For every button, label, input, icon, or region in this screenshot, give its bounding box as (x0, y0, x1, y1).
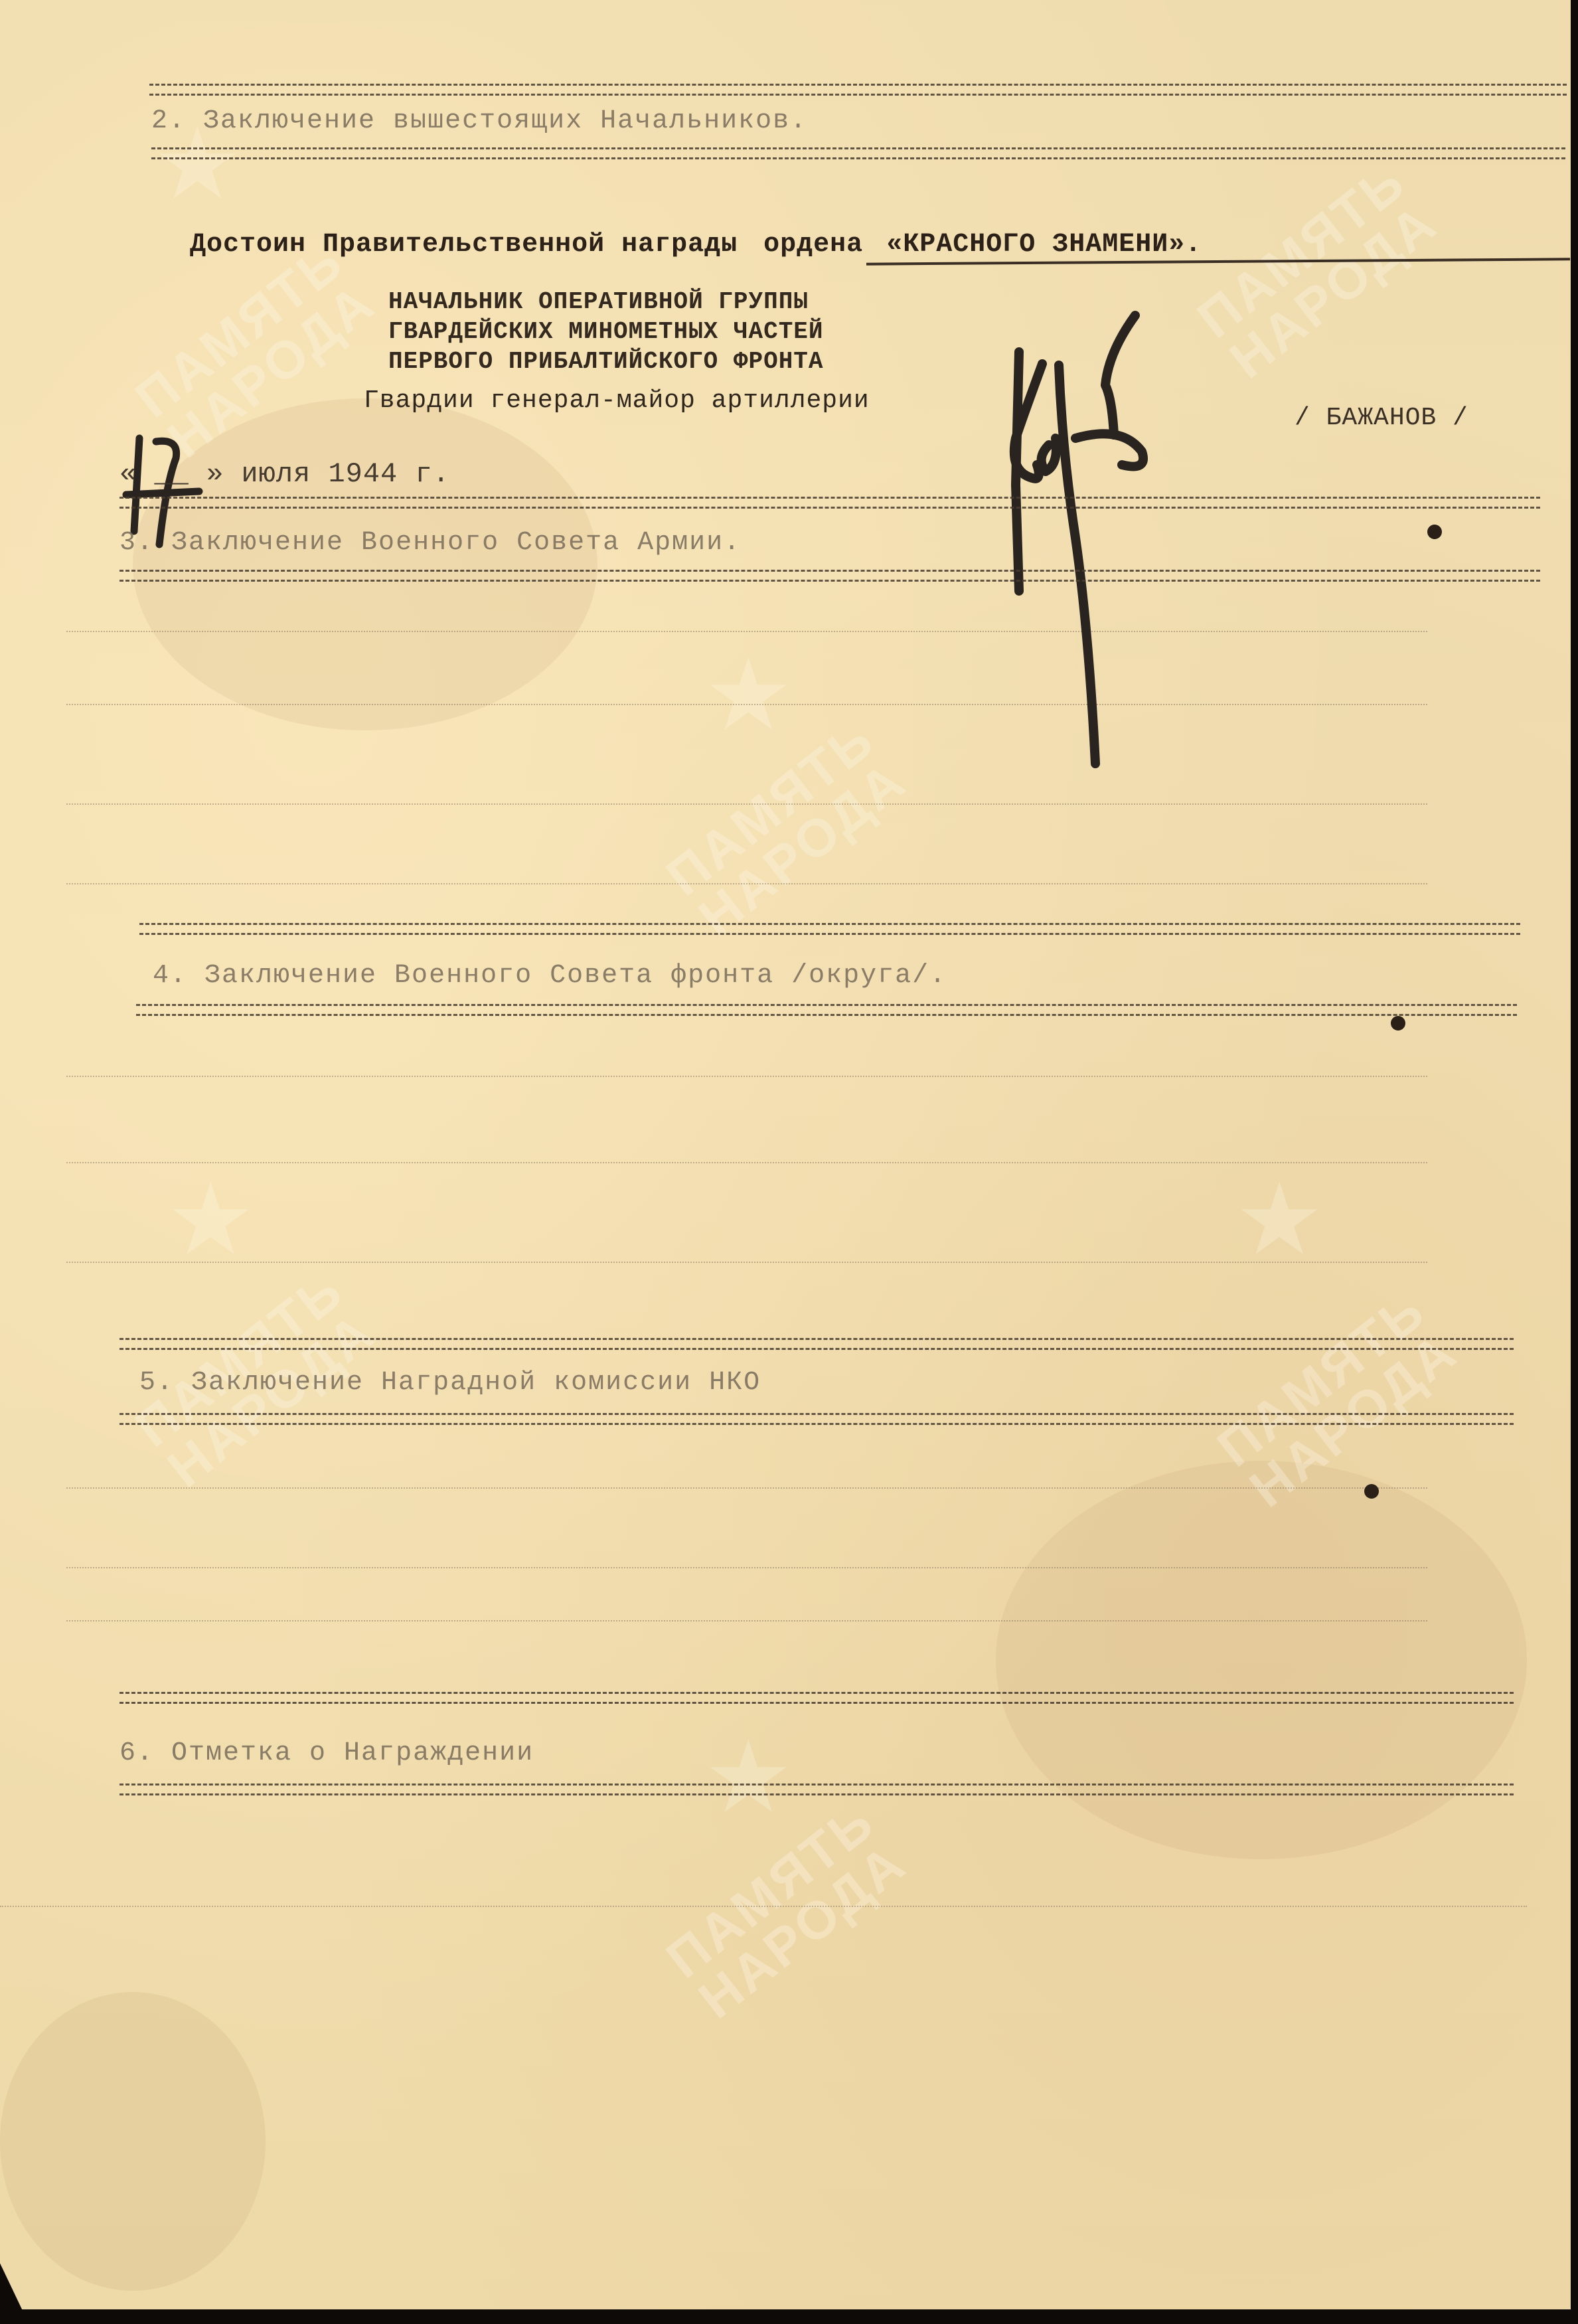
date-text: « __ » июля 1944 г. (119, 458, 450, 490)
faint-guide-line (66, 883, 1427, 884)
faint-guide-line (0, 1906, 1527, 1907)
punch-hole (1391, 1016, 1405, 1031)
section-3-heading: 3. Заключение Военного Совета Армии. (119, 528, 741, 558)
double-dashed-rule (149, 84, 1567, 96)
watermark-star-icon: ★ (704, 637, 793, 753)
signatory-line: ПЕРВОГО ПРИБАЛТИЙСКОГО ФРОНТА (388, 347, 824, 376)
handwritten-signature-icon (996, 286, 1261, 777)
double-dashed-rule (119, 1413, 1514, 1425)
watermark-star-icon: ★ (704, 1720, 793, 1835)
section-5-heading: 5. Заключение Наградной комиссии НКО (139, 1368, 761, 1398)
award-text-prefix: Достоин Правительственной награды (190, 230, 738, 260)
paper-stain (0, 1992, 266, 2291)
double-dashed-rule (136, 1004, 1517, 1016)
signatory-name: / БАЖАНОВ / (1295, 404, 1468, 432)
watermark-star-icon: ★ (1235, 1162, 1324, 1278)
double-dashed-rule (151, 147, 1565, 159)
signatory-line: НАЧАЛЬНИК ОПЕРАТИВНОЙ ГРУППЫ (388, 287, 824, 317)
section-2-heading: 2. Заключение вышестоящих Начальников. (151, 106, 807, 136)
punch-hole (1427, 525, 1442, 539)
faint-guide-line (66, 1567, 1427, 1568)
paper-stain (996, 1461, 1527, 1859)
double-dashed-rule (119, 570, 1540, 582)
double-dashed-rule (119, 497, 1540, 509)
signatory-block: НАЧАЛЬНИК ОПЕРАТИВНОЙ ГРУППЫ ГВАРДЕЙСКИХ… (388, 287, 824, 376)
double-dashed-rule (119, 1338, 1514, 1350)
watermark-star-icon: ★ (166, 1162, 255, 1278)
award-statement: Достоин Правительственной награды ордена… (190, 230, 1202, 260)
award-name: «КРАСНОГО ЗНАМЕНИ». (886, 230, 1202, 260)
faint-guide-line (66, 803, 1427, 805)
award-order-word: ордена (763, 230, 863, 260)
faint-guide-line (66, 1262, 1427, 1263)
document-page: ★ ПАМЯТЬНАРОДА ПАМЯТЬНАРОДА ★ ПАМЯТЬНАРО… (0, 0, 1571, 2309)
double-dashed-rule (119, 1692, 1514, 1704)
double-dashed-rule (119, 1784, 1514, 1795)
punch-hole (1364, 1484, 1379, 1499)
faint-guide-line (66, 1162, 1427, 1163)
date-line: « __ » июля 1944 г. (119, 458, 450, 490)
faint-guide-line (66, 1487, 1427, 1489)
faint-guide-line (66, 1620, 1427, 1621)
signatory-line: ГВАРДЕЙСКИХ МИНОМЕТНЫХ ЧАСТЕЙ (388, 317, 824, 347)
section-4-heading: 4. Заключение Военного Совета фронта /ок… (153, 961, 947, 991)
faint-guide-line (66, 1076, 1427, 1077)
double-dashed-rule (139, 923, 1520, 935)
signatory-rank: Гвардии генерал-майор артиллерии (364, 386, 870, 415)
section-6-heading: 6. Отметка о Награждении (119, 1738, 534, 1768)
